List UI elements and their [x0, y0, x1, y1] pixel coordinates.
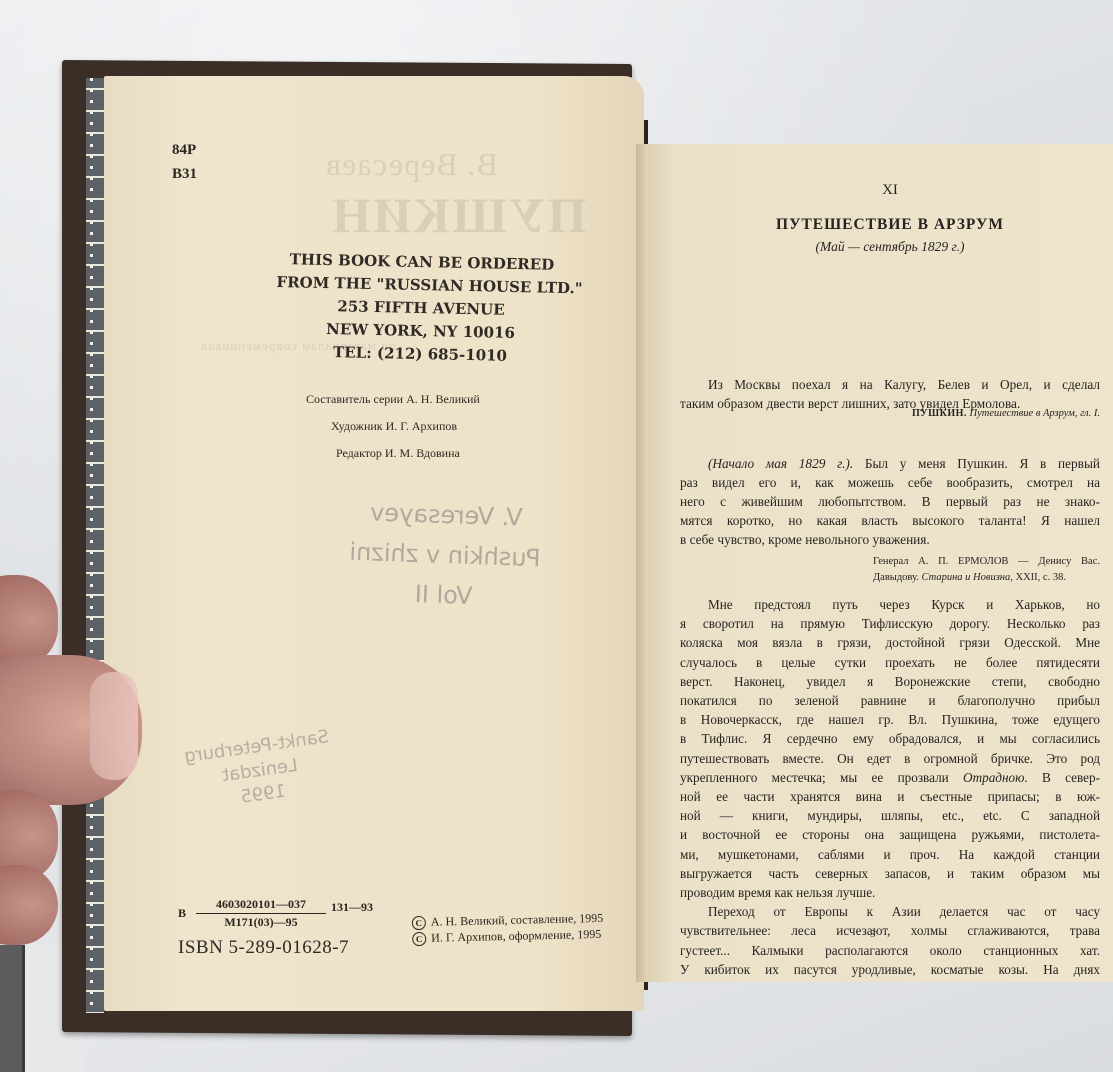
- body-line: в Тифлис. Я сердечно ему обрадовался, и …: [680, 729, 1100, 748]
- show-through-author: В. Вересаев: [325, 146, 498, 183]
- code-numerator: 4603020101—037: [196, 897, 326, 914]
- code-fraction: 4603020101—037 М171(03)—95: [196, 897, 326, 930]
- page-number: 5: [870, 928, 876, 940]
- chapter-dates: (Май — сентябрь 1829 г.): [680, 239, 1100, 255]
- body-line: Мне предстоял путь через Курск и Харьков…: [680, 595, 1100, 614]
- editor: Редактор И. М. Вдовина: [306, 440, 480, 467]
- body-line: чувствительнее: леса исчезают, холмы сгл…: [680, 921, 1100, 940]
- body-line: ной ее части хранятся вина и съестные пр…: [680, 787, 1100, 806]
- decorative-endpaper: [86, 78, 104, 1013]
- thumbnail: [90, 672, 138, 780]
- body-line: коляска моя вязла в грязи, достойной гря…: [680, 633, 1100, 652]
- copyright-icon: C: [412, 932, 426, 946]
- body-line: в Новочеркасск, где нашел гр. Вл. Пушкин…: [680, 710, 1100, 729]
- copyright-icon: C: [412, 916, 426, 930]
- body-line: верст. Наконец, увидел я Воронежские сте…: [680, 672, 1100, 691]
- body-line: случалось в целые сутки проехать не боле…: [680, 653, 1100, 672]
- copyright-notices: CА. Н. Великий, составление, 1995 CИ. Г.…: [412, 910, 604, 946]
- bookseller-stamp: THIS BOOK CAN BE ORDERED FROM THE "RUSSI…: [275, 248, 567, 369]
- series-compiler: Составитель серии А. Н. Великий: [306, 386, 480, 413]
- handwritten-note-title: V. Veresayev Pushkin v zhizni Vol II: [288, 490, 602, 621]
- catalog-number: 131—93: [331, 900, 373, 915]
- body-line: ми, мушкетонами, саблями и проч. На кажд…: [680, 845, 1100, 864]
- body-line: проводим время как нельзя лучше.: [680, 883, 1100, 902]
- body-line: путешествовать вместе. Он едет в огромно…: [680, 749, 1100, 768]
- body-line: и восточной ее стороны она защищена ружь…: [680, 825, 1100, 844]
- body-line: я своротил на прямую Тифлисскую дорогу. …: [680, 614, 1100, 633]
- body-line: ной — книги, мундиры, шляпы, etc., etc. …: [680, 806, 1100, 825]
- body-line: покатился по зеленой равнине и благополу…: [680, 691, 1100, 710]
- code-denominator: М171(03)—95: [196, 914, 326, 930]
- chapter-number: XI: [680, 182, 1100, 199]
- artist: Художник И. Г. Архипов: [306, 413, 480, 440]
- library-code: В31: [172, 162, 197, 186]
- epigraph-pushkin-attribution: ПУШКИН. Путешествие в Арзрум, гл. I.: [680, 406, 1100, 422]
- body-line: густеет... Калмыки располагаются около с…: [680, 941, 1100, 960]
- epigraph-ermolov: (Начало мая 1829 г.). Был у меня Пушкин.…: [680, 454, 1100, 549]
- credits: Составитель серии А. Н. Великий Художник…: [306, 386, 480, 467]
- isbn: ISBN 5-289-01628-7: [178, 937, 349, 959]
- library-code: 84Р: [172, 138, 197, 162]
- body-line: укрепленного местечка; мы ее прозвали От…: [680, 768, 1100, 787]
- code-prefix: В: [178, 906, 186, 921]
- show-through-title: ПУШКИН: [330, 186, 587, 244]
- body-line: выгружается часть северных запасов, и та…: [680, 864, 1100, 883]
- library-codes: 84Р В31: [172, 138, 197, 186]
- chapter-title: ПУТЕШЕСТВИЕ В АРЗРУМ: [680, 216, 1100, 234]
- body-line: Переход от Европы к Азии делается час от…: [680, 902, 1100, 921]
- epigraph-ermolov-attribution: Генерал А. П. ЕРМОЛОВ — Денису Вас. Давы…: [873, 554, 1100, 586]
- chapter-body: Мне предстоял путь через Курск и Харьков…: [680, 595, 1100, 979]
- body-line: У кибиток их пасутся уродливые, косматые…: [680, 960, 1100, 979]
